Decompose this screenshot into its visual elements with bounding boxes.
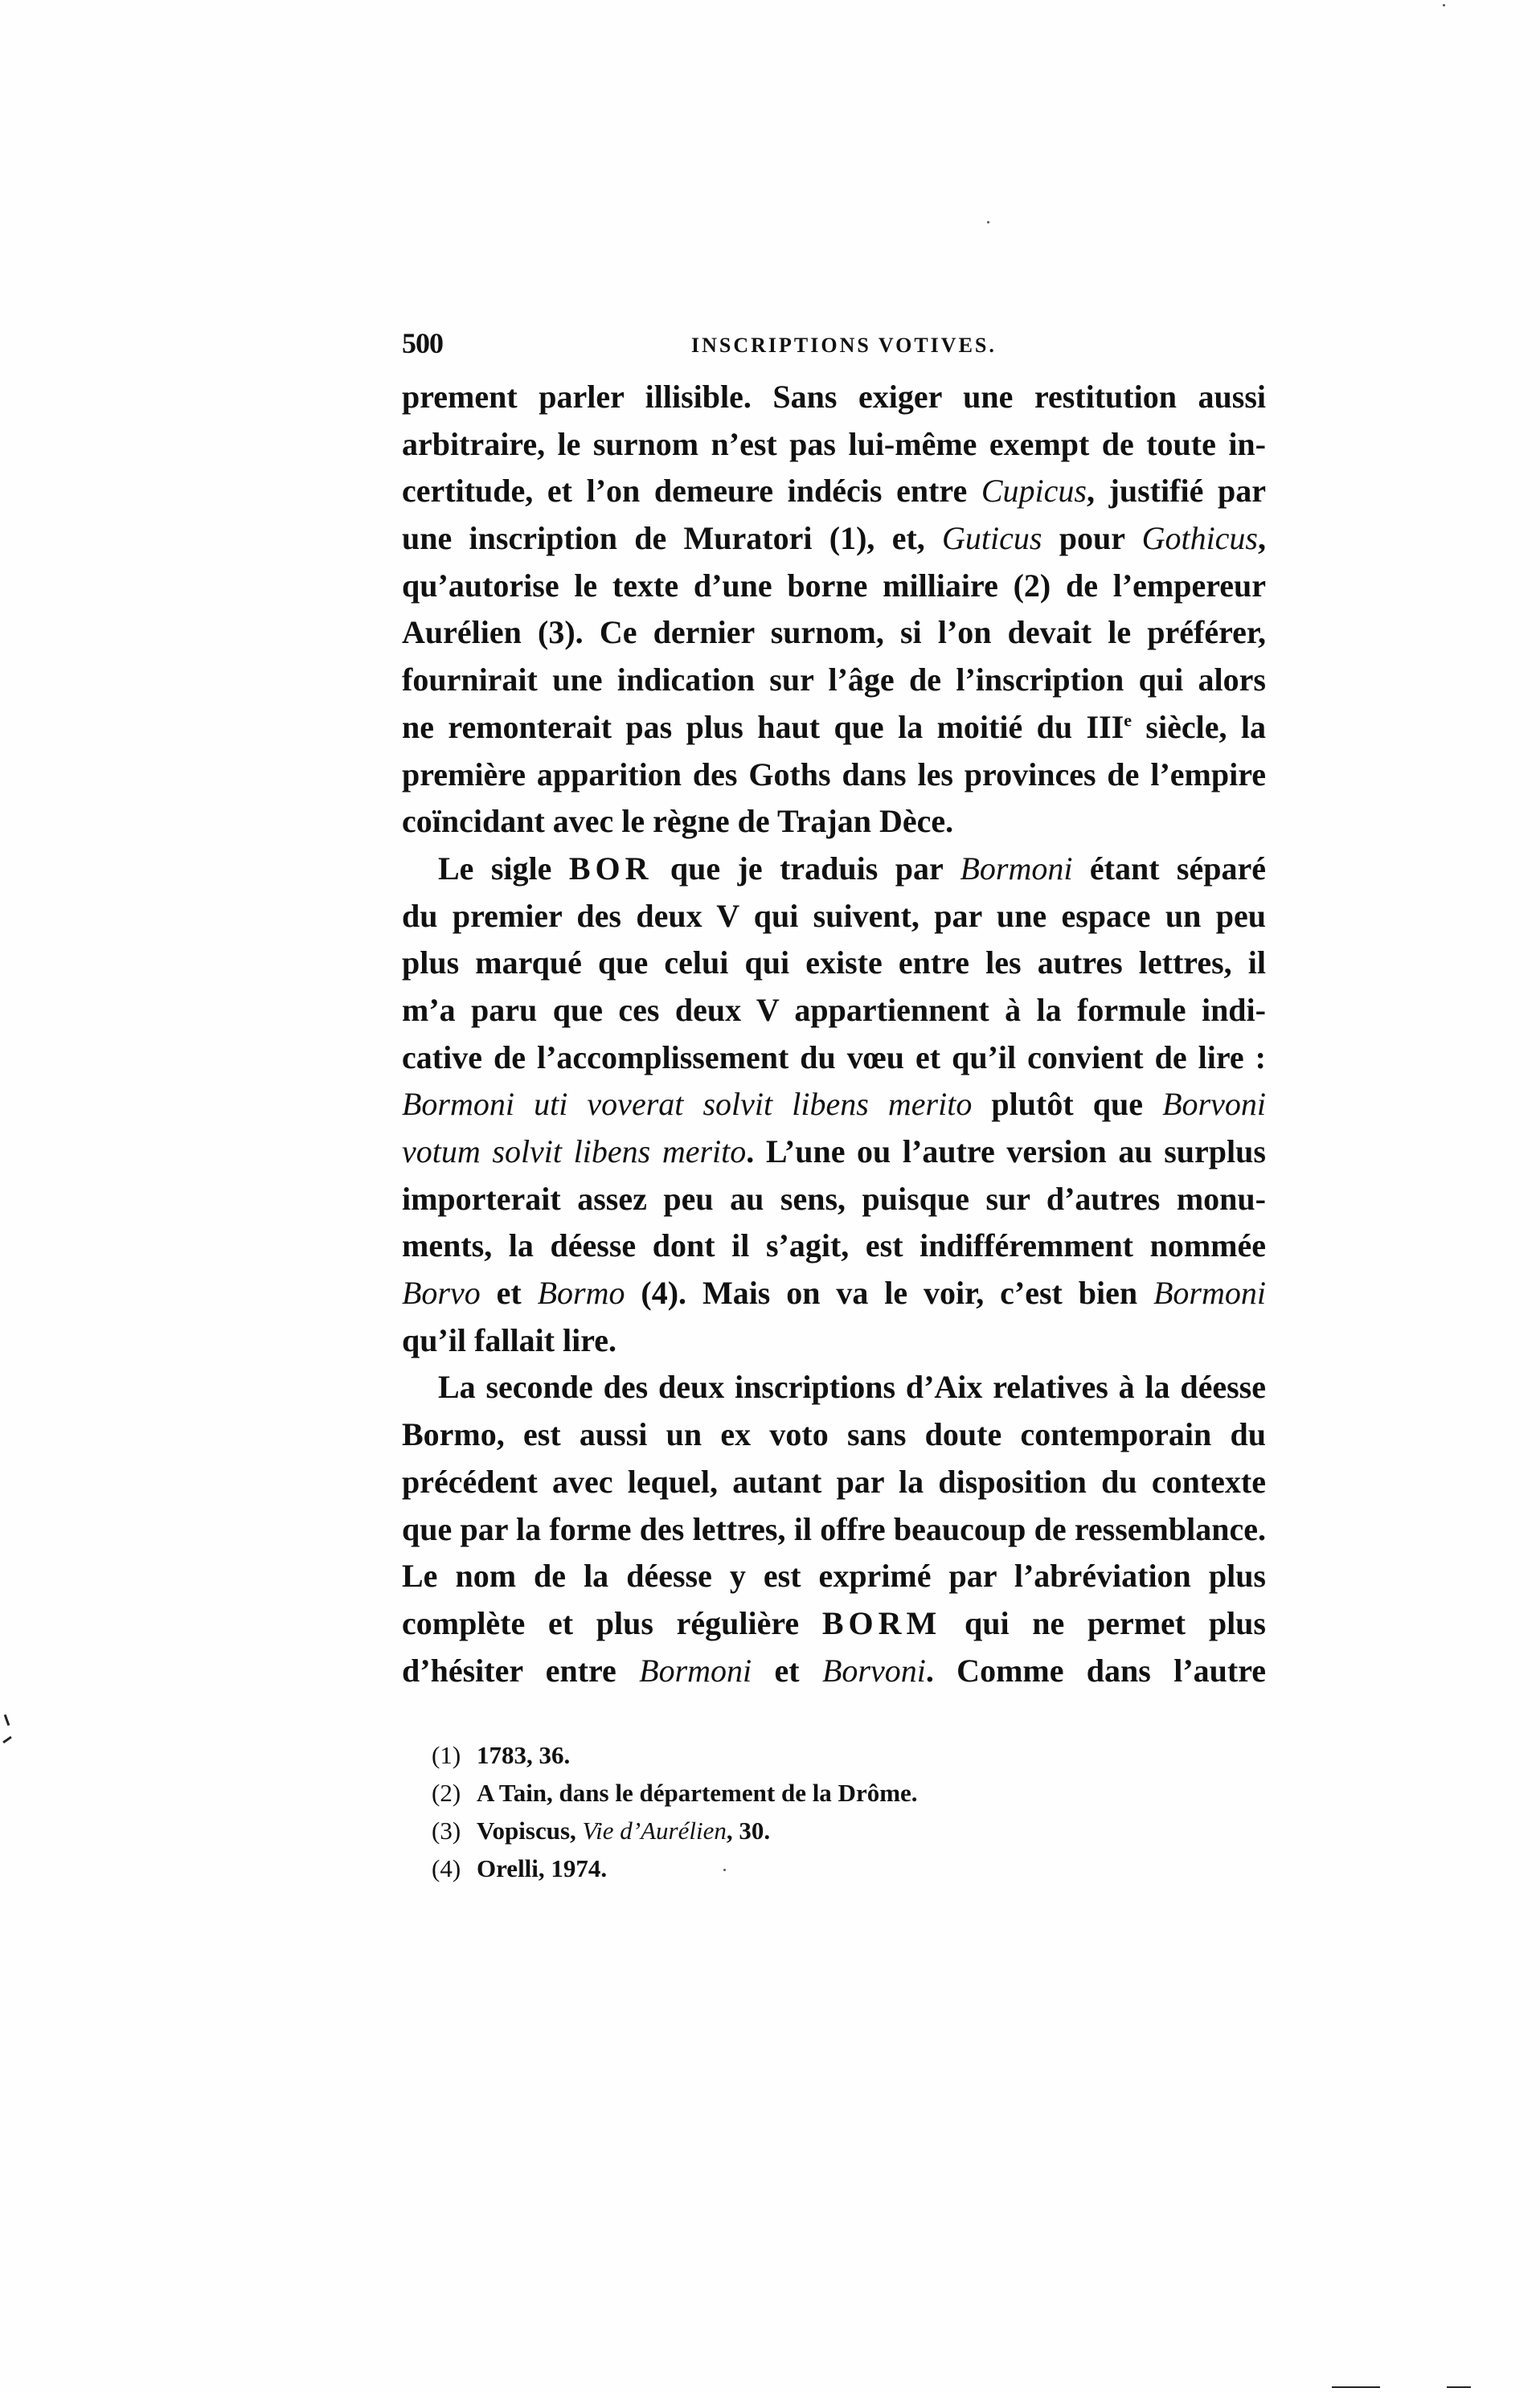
text-line: Le nom de la déesse y est exprimé par l’… xyxy=(402,1553,1266,1600)
text-segment: qui ne permet plus xyxy=(941,1605,1266,1641)
scan-mark xyxy=(4,1714,10,1726)
text-segment: plus marqué que celui qui existe entre l… xyxy=(402,944,1266,981)
italic-term: Guticus xyxy=(942,520,1042,556)
sigle: BORM xyxy=(822,1605,941,1641)
italic-term: Bormoni xyxy=(1153,1275,1266,1311)
text-line: prement parler illisible. Sans exiger un… xyxy=(402,374,1266,421)
text-segment: Bormo, est aussi un ex voto sans doute c… xyxy=(402,1416,1266,1452)
text-segment: d’hésiter entre xyxy=(402,1653,639,1689)
text-segment: Le sigle xyxy=(438,850,569,887)
text-line: votum solvit libens merito. L’une ou l’a… xyxy=(402,1128,1266,1176)
scan-dot xyxy=(1443,4,1445,6)
text-segment: m’a paru que ces deux V appartiennent à … xyxy=(402,992,1266,1028)
text-segment: une inscription de Muratori (1), et, xyxy=(402,520,942,556)
text-line: Borvo et Bormo (4). Mais on va le voir, … xyxy=(402,1270,1266,1317)
italic-term: Borvoni xyxy=(822,1653,926,1689)
text-segment: La seconde des deux inscriptions d’Aix r… xyxy=(438,1369,1266,1405)
text-line: précédent avec lequel, autant par la dis… xyxy=(402,1459,1266,1506)
text-segment: , xyxy=(1258,520,1266,556)
text-line: fournirait une indication sur l’âge de l… xyxy=(402,657,1266,704)
running-head: 500 INSCRIPTIONS VOTIVES. xyxy=(402,320,1266,360)
body-text: prement parler illisible. Sans exiger un… xyxy=(402,374,1266,1694)
text-line: du premier des deux V qui suivent, par u… xyxy=(402,893,1266,940)
footnote-marker: (4) xyxy=(432,1849,477,1887)
text-segment: arbitraire, le surnom n’est pas lui-même… xyxy=(402,426,1266,462)
text-segment: qu’autorise le texte d’une borne milliai… xyxy=(402,567,1266,604)
italic-formula: Bormoni uti voverat solvit libens merito xyxy=(402,1086,972,1122)
footnotes: (1)1783, 36. (2)A Tain, dans le départem… xyxy=(432,1736,1155,1887)
text-segment: étant séparé xyxy=(1072,850,1266,887)
text-line: ne remonterait pas plus haut que la moit… xyxy=(402,704,1266,752)
italic-term: Bormoni xyxy=(960,850,1072,887)
text-segment: 1783, 36. xyxy=(477,1741,570,1769)
footnote-3: (3)Vopiscus, Vie d’Aurélien, 30. xyxy=(432,1812,1155,1849)
text-segment: et xyxy=(481,1275,538,1311)
scan-dot xyxy=(723,1869,726,1871)
scan-mark xyxy=(1447,2386,1471,2388)
text-line: m’a paru que ces deux V appartiennent à … xyxy=(402,987,1266,1034)
page-number: 500 xyxy=(402,326,443,360)
text-segment: . L’une ou l’autre version au surplus xyxy=(746,1133,1266,1169)
text-line: plus marqué que celui qui existe entre l… xyxy=(402,940,1266,987)
italic-term: Borvo xyxy=(402,1275,481,1311)
text-segment: ne remonterait pas plus haut que la moit… xyxy=(402,709,1124,745)
text-line: une inscription de Muratori (1), et, Gut… xyxy=(402,515,1266,563)
text-segment: . Comme dans l’autre xyxy=(926,1653,1266,1689)
footnote-marker: (1) xyxy=(432,1736,477,1774)
footnote-marker: (2) xyxy=(432,1774,477,1812)
running-title: INSCRIPTIONS VOTIVES. xyxy=(691,334,997,358)
text-segment: première apparition des Goths dans les p… xyxy=(402,756,1266,793)
text-segment: du premier des deux V qui suivent, par u… xyxy=(402,898,1266,934)
italic-term: Borvoni xyxy=(1162,1086,1266,1122)
scan-mark xyxy=(1332,2386,1380,2388)
text-segment: certitude, et l’on demeure indécis entre xyxy=(402,473,981,509)
text-segment: cative de l’accomplissement du vœu et qu… xyxy=(402,1039,1266,1075)
footnote-2: (2)A Tain, dans le département de la Drô… xyxy=(432,1774,1155,1812)
text-line: qu’il fallait lire. xyxy=(402,1317,1266,1365)
paragraph-start: La seconde des deux inscriptions d’Aix r… xyxy=(402,1364,1266,1411)
paragraph-start: Le sigle BOR que je traduis par Bormoni … xyxy=(402,846,1266,893)
scan-mark xyxy=(2,1736,12,1743)
footnote-4: (4)Orelli, 1974. xyxy=(432,1849,1155,1887)
text-segment: prement parler illisible. Sans exiger un… xyxy=(402,379,1266,415)
text-line: Bormo, est aussi un ex voto sans doute c… xyxy=(402,1411,1266,1459)
text-segment: (4). Mais on va le voir, c’est bien xyxy=(625,1275,1153,1311)
text-segment: siècle, la xyxy=(1132,709,1266,745)
text-segment: Vopiscus, xyxy=(477,1817,583,1845)
text-segment: que par la forme des lettres, il offre b… xyxy=(402,1511,1266,1547)
text-segment: Le nom de la déesse y est exprimé par l’… xyxy=(402,1558,1266,1594)
text-line: coïncidant avec le règne de Trajan Dèce. xyxy=(402,798,1266,846)
text-line: que par la forme des lettres, il offre b… xyxy=(402,1506,1266,1554)
text-segment: , justifié par xyxy=(1087,473,1266,509)
italic-term: Gothicus xyxy=(1142,520,1258,556)
text-line: première apparition des Goths dans les p… xyxy=(402,752,1266,799)
sigle: BOR xyxy=(569,850,653,887)
text-segment: , 30. xyxy=(727,1817,770,1845)
text-line: Bormoni uti voverat solvit libens merito… xyxy=(402,1081,1266,1128)
text-segment: Orelli, 1974. xyxy=(477,1854,607,1882)
text-segment: que je traduis par xyxy=(653,850,960,887)
text-segment: complète et plus régulière xyxy=(402,1605,822,1641)
text-line: Aurélien (3). Ce dernier surnom, si l’on… xyxy=(402,609,1266,657)
text-line: ments, la déesse dont il s’agit, est ind… xyxy=(402,1223,1266,1270)
superscript: e xyxy=(1124,710,1132,730)
footnote-marker: (3) xyxy=(432,1812,477,1849)
text-segment: A Tain, dans le département de la Drôme. xyxy=(477,1779,918,1807)
text-segment: et xyxy=(752,1653,822,1689)
text-segment: qu’il fallait lire. xyxy=(402,1322,616,1358)
text-line: importerait assez peu au sens, puisque s… xyxy=(402,1176,1266,1223)
book-page: 500 INSCRIPTIONS VOTIVES. prement parler… xyxy=(0,0,1540,2392)
text-segment: précédent avec lequel, autant par la dis… xyxy=(402,1464,1266,1500)
text-line: complète et plus régulière BORM qui ne p… xyxy=(402,1600,1266,1648)
text-segment: plutôt que xyxy=(972,1086,1162,1122)
text-segment: Aurélien (3). Ce dernier surnom, si l’on… xyxy=(402,614,1266,650)
italic-term: Cupicus xyxy=(981,473,1087,509)
text-segment: importerait assez peu au sens, puisque s… xyxy=(402,1181,1266,1217)
scan-dot xyxy=(987,221,989,223)
text-segment: Vie d’Aurélien xyxy=(583,1817,727,1845)
text-segment: fournirait une indication sur l’âge de l… xyxy=(402,661,1266,698)
text-line: d’hésiter entre Bormoni et Borvoni. Comm… xyxy=(402,1648,1266,1695)
italic-term: Bormo xyxy=(538,1275,625,1311)
footnote-1: (1)1783, 36. xyxy=(432,1736,1155,1774)
text-segment: pour xyxy=(1042,520,1141,556)
text-line: cative de l’accomplissement du vœu et qu… xyxy=(402,1034,1266,1082)
text-line: arbitraire, le surnom n’est pas lui-même… xyxy=(402,421,1266,469)
text-line: qu’autorise le texte d’une borne milliai… xyxy=(402,563,1266,610)
text-segment: coïncidant avec le règne de Trajan Dèce. xyxy=(402,803,953,839)
text-line: certitude, et l’on demeure indécis entre… xyxy=(402,468,1266,515)
italic-formula: votum solvit libens merito xyxy=(402,1133,746,1169)
italic-term: Bormoni xyxy=(639,1653,752,1689)
text-segment: ments, la déesse dont il s’agit, est ind… xyxy=(402,1227,1266,1264)
